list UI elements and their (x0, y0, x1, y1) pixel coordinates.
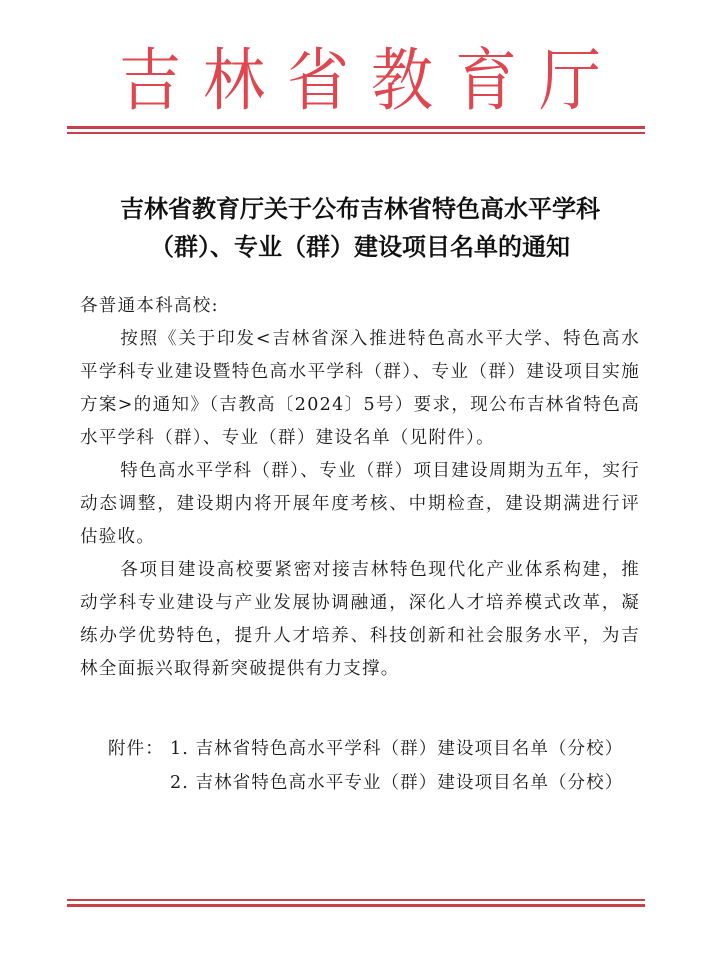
masthead-red-rule-top (67, 126, 645, 129)
masthead: 吉林省教育厅 (0, 48, 720, 114)
attachment-item-2: 2. 吉林省特色高水平专业（群）建设项目名单（分校） (170, 766, 623, 800)
attachment-item-1: 1. 吉林省特色高水平学科（群）建设项目名单（分校） (170, 732, 623, 766)
attachment-indent (108, 766, 170, 800)
masthead-red-rule-bottom (67, 132, 645, 134)
paragraph-1: 按照《关于印发<吉林省深入推进特色高水平大学、特色高水平学科专业建设暨特色高水平… (80, 323, 640, 455)
salutation: 各普通本科高校: (80, 290, 640, 323)
document-title-line-1: 吉林省教育厅关于公布吉林省特色高水平学科 (60, 190, 660, 228)
document-body: 各普通本科高校: 按照《关于印发<吉林省深入推进特色高水平大学、特色高水平学科专… (80, 290, 640, 686)
masthead-title: 吉林省教育厅 (97, 45, 623, 118)
footer-red-rule-top (67, 899, 645, 901)
footer-red-rule-bottom (67, 904, 645, 907)
attachment-item: 附件： 1. 吉林省特色高水平学科（群）建设项目名单（分校） (108, 732, 668, 766)
paragraph-2: 特色高水平学科（群）、专业（群）项目建设周期为五年，实行动态调整，建设期内将开展… (80, 455, 640, 554)
attachment-item: 2. 吉林省特色高水平专业（群）建设项目名单（分校） (108, 766, 668, 800)
document-title-line-2: （群）、专业（群）建设项目名单的通知 (60, 228, 660, 266)
document-title: 吉林省教育厅关于公布吉林省特色高水平学科 （群）、专业（群）建设项目名单的通知 (60, 190, 660, 266)
attachments-list: 附件： 1. 吉林省特色高水平学科（群）建设项目名单（分校） 2. 吉林省特色高… (108, 732, 668, 800)
paragraph-3: 各项目建设高校要紧密对接吉林特色现代化产业体系构建，推动学科专业建设与产业发展协… (80, 554, 640, 686)
attachments-label: 附件： (108, 732, 170, 766)
